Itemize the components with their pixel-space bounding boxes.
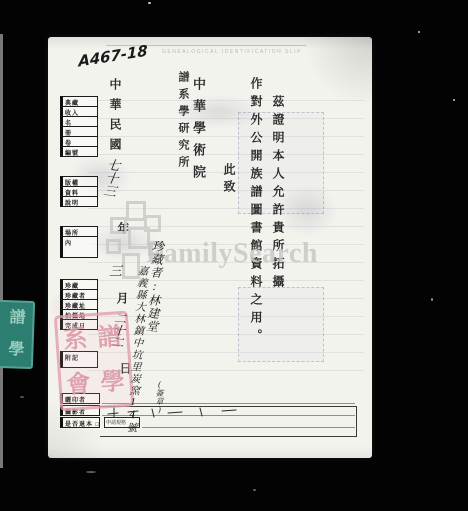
scanned-permission-form: GENEALOGICAL IDENTIFICATION SLIP A467-18…: [48, 37, 372, 458]
salutation: 此致: [223, 163, 235, 209]
seal-char: 學: [8, 342, 25, 359]
month-unit: 月: [116, 292, 128, 304]
collector-name: 林建堂: [144, 294, 161, 334]
footer-rule-line: [102, 393, 355, 404]
microfilm-frame: 譜 系 學 會 GENEALOGICAL IDENTIFICATION SLIP…: [0, 0, 468, 511]
sidebar-group-1: 典藏 收入 名 冊 卷 編號: [60, 97, 98, 157]
handwriting-marks: [104, 405, 254, 421]
seal-char: 系: [63, 327, 89, 353]
watermark-text: FamilySearch: [146, 238, 318, 270]
month-handwritten: 三: [108, 264, 121, 277]
footer-row-label: 是否退本 □: [60, 417, 100, 428]
film-speck: [453, 99, 455, 101]
org-name-primary: 中華學術院: [192, 77, 205, 207]
sidebar-group-3: 場所 內: [60, 227, 98, 258]
film-edge-strip: [0, 34, 3, 468]
film-speck: [431, 298, 433, 301]
statement-purpose-column: 作對外公開族譜圖書館資料之用。: [250, 77, 262, 367]
microfilm-strip-text: GENEALOGICAL IDENTIFICATION SLIP: [144, 49, 320, 55]
sidebar-group-2: 版權 資料 說明: [60, 177, 98, 207]
teal-library-seal: 譜 系 學 會: [0, 299, 35, 369]
film-speck: [20, 396, 24, 398]
seal-char: 學: [100, 369, 126, 395]
seal-char: 會: [66, 372, 92, 398]
film-speck: [253, 489, 256, 491]
collector-label: 珍藏者:: [147, 240, 165, 295]
org-name-secondary: 譜系學研究所: [177, 71, 188, 206]
film-speck: [148, 2, 151, 4]
seal-char: 譜: [9, 310, 26, 327]
sidebar-field-label: 說明: [60, 196, 98, 207]
statement-certify-column: 茲證明本人允許貴所拓攝: [272, 95, 284, 315]
sidebar-field-label: 內: [60, 236, 98, 258]
film-speck: [86, 471, 96, 473]
film-speck: [418, 31, 420, 33]
sidebar-field-label: 編號: [60, 146, 98, 157]
film-frame-code: A467-18: [78, 41, 147, 70]
